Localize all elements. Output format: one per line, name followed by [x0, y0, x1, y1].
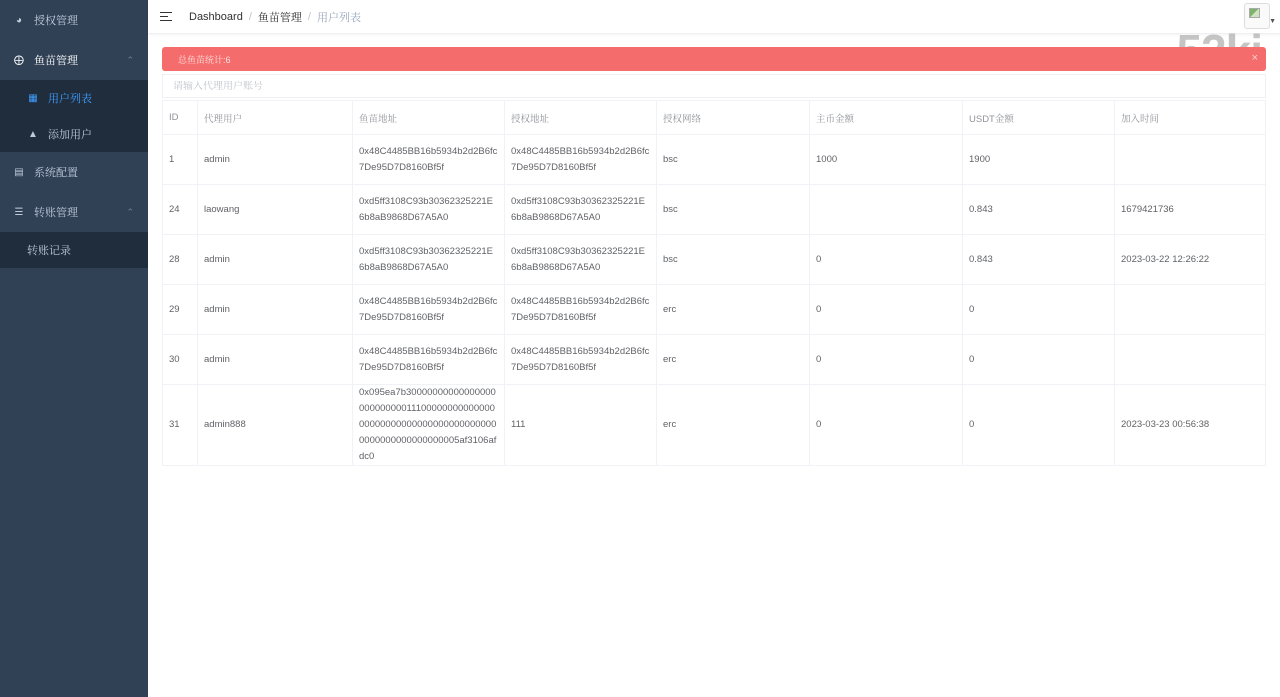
transfer-management-submenu: 转账记录: [0, 232, 148, 268]
agent-user-search-input[interactable]: [173, 81, 1265, 92]
dashboard-icon: ◕: [13, 14, 25, 26]
cell-id: 28: [163, 235, 198, 285]
breadcrumb-user-list: 用户列表: [317, 9, 361, 25]
cell-main-coin-amount: [810, 185, 963, 235]
cell-fish-address: 0xd5ff3108C93b30362325221E6b8aB9868D67A5…: [353, 235, 505, 285]
cell-main-coin-amount: 0: [810, 385, 963, 466]
table-row: 30admin0x48C4485BB16b5934b2d2B6fc7De95D7…: [163, 335, 1266, 385]
fish-management-submenu: ▦ 用户列表 ▲ 添加用户: [0, 80, 148, 152]
cell-join-time: [1115, 285, 1266, 335]
cell-id: 30: [163, 335, 198, 385]
cell-auth-address: 0x48C4485BB16b5934b2d2B6fc7De95D7D8160Bf…: [505, 335, 657, 385]
table-row: 31admin8880x095ea7b300000000000000000000…: [163, 385, 1266, 466]
chevron-up-icon: ⌃: [126, 207, 134, 218]
cell-agent-user: admin: [198, 285, 353, 335]
cell-id: 24: [163, 185, 198, 235]
doc-icon: ▤: [13, 166, 25, 178]
cell-usdt-amount: 0: [963, 335, 1115, 385]
sidebar: ◕ 授权管理 ⨁ 鱼苗管理 ⌃ ▦ 用户列表 ▲ 添加用户 ▤ 系统配置 ☰ 转…: [0, 0, 148, 697]
navbar: Dashboard / 鱼苗管理 / 用户列表 ▼: [148, 0, 1280, 34]
plus-circle-icon: ⨁: [13, 54, 25, 66]
cell-auth-network: erc: [657, 335, 810, 385]
cell-usdt-amount: 0.843: [963, 235, 1115, 285]
sidebar-item-transfer-records[interactable]: 转账记录: [0, 232, 148, 268]
header-auth-address: 授权地址: [505, 101, 657, 135]
cell-fish-address: 0xd5ff3108C93b30362325221E6b8aB9868D67A5…: [353, 185, 505, 235]
cell-id: 29: [163, 285, 198, 335]
hamburger-icon[interactable]: [160, 12, 172, 22]
sidebar-item-label: 授权管理: [34, 12, 78, 28]
sidebar-item-label: 转账记录: [27, 242, 71, 258]
sidebar-item-label: 添加用户: [48, 126, 92, 142]
cell-id: 1: [163, 135, 198, 185]
cell-auth-address: 111: [505, 385, 657, 466]
cell-main-coin-amount: 0: [810, 235, 963, 285]
cell-join-time: 2023-03-23 00:56:38: [1115, 385, 1266, 466]
cell-auth-address: 0xd5ff3108C93b30362325221E6b8aB9868D67A5…: [505, 235, 657, 285]
cell-fish-address: 0x095ea7b3000000000000000000000000011100…: [353, 385, 505, 466]
table-icon: ▦: [27, 92, 39, 104]
cell-agent-user: admin888: [198, 385, 353, 466]
cell-auth-address: 0x48C4485BB16b5934b2d2B6fc7De95D7D8160Bf…: [505, 135, 657, 185]
chevron-up-icon: ⌃: [126, 55, 134, 66]
sidebar-item-label: 转账管理: [34, 204, 78, 220]
header-main-coin-amount: 主币金额: [810, 101, 963, 135]
header-usdt-amount: USDT金额: [963, 101, 1115, 135]
caret-down-icon[interactable]: ▼: [1269, 18, 1276, 25]
sidebar-item-fish-management[interactable]: ⨁ 鱼苗管理 ⌃: [0, 40, 148, 80]
cell-main-coin-amount: 1000: [810, 135, 963, 185]
sidebar-item-auth-management[interactable]: ◕ 授权管理: [0, 0, 148, 40]
header-auth-network: 授权网络: [657, 101, 810, 135]
table-row: 29admin0x48C4485BB16b5934b2d2B6fc7De95D7…: [163, 285, 1266, 335]
cell-usdt-amount: 0: [963, 285, 1115, 335]
tree-icon: ▲: [27, 128, 39, 140]
cell-auth-address: 0xd5ff3108C93b30362325221E6b8aB9868D67A5…: [505, 185, 657, 235]
breadcrumb-separator: /: [249, 11, 252, 23]
cell-usdt-amount: 0.843: [963, 185, 1115, 235]
sidebar-item-label: 用户列表: [48, 90, 92, 106]
breadcrumb-fish-management[interactable]: 鱼苗管理: [258, 9, 302, 25]
cell-auth-network: bsc: [657, 135, 810, 185]
cell-main-coin-amount: 0: [810, 285, 963, 335]
cell-agent-user: admin: [198, 335, 353, 385]
cell-auth-network: erc: [657, 285, 810, 335]
table-row: 24laowang0xd5ff3108C93b30362325221E6b8aB…: [163, 185, 1266, 235]
cell-join-time: [1115, 335, 1266, 385]
total-fish-alert: 总鱼苗统计:6 ×: [162, 47, 1266, 71]
sidebar-item-label: 系统配置: [34, 164, 78, 180]
user-table: ID 代理用户 鱼苗地址 授权地址 授权网络 主币金额 USDT金额 加入时间 …: [162, 100, 1266, 466]
breadcrumb-separator: /: [308, 11, 311, 23]
table-body: 1admin0x48C4485BB16b5934b2d2B6fc7De95D7D…: [163, 135, 1266, 466]
breadcrumb-dashboard[interactable]: Dashboard: [189, 11, 243, 23]
main-content: Dashboard / 鱼苗管理 / 用户列表 ▼ 52ki 总鱼苗统计:6 ×: [148, 0, 1280, 697]
sidebar-item-user-list[interactable]: ▦ 用户列表: [0, 80, 148, 116]
cell-join-time: [1115, 135, 1266, 185]
header-fish-address: 鱼苗地址: [353, 101, 505, 135]
header-agent-user: 代理用户: [198, 101, 353, 135]
table-header-row: ID 代理用户 鱼苗地址 授权地址 授权网络 主币金额 USDT金额 加入时间: [163, 101, 1266, 135]
sidebar-item-transfer-management[interactable]: ☰ 转账管理 ⌃: [0, 192, 148, 232]
cell-join-time: 1679421736: [1115, 185, 1266, 235]
cell-usdt-amount: 0: [963, 385, 1115, 466]
cell-join-time: 2023-03-22 12:26:22: [1115, 235, 1266, 285]
table-row: 1admin0x48C4485BB16b5934b2d2B6fc7De95D7D…: [163, 135, 1266, 185]
header-id: ID: [163, 101, 198, 135]
cell-fish-address: 0x48C4485BB16b5934b2d2B6fc7De95D7D8160Bf…: [353, 335, 505, 385]
cell-auth-network: bsc: [657, 185, 810, 235]
cell-agent-user: admin: [198, 135, 353, 185]
cell-agent-user: laowang: [198, 185, 353, 235]
cell-agent-user: admin: [198, 235, 353, 285]
cell-fish-address: 0x48C4485BB16b5934b2d2B6fc7De95D7D8160Bf…: [353, 135, 505, 185]
cell-fish-address: 0x48C4485BB16b5934b2d2B6fc7De95D7D8160Bf…: [353, 285, 505, 335]
list-icon: ☰: [13, 206, 25, 218]
cell-usdt-amount: 1900: [963, 135, 1115, 185]
close-icon[interactable]: ×: [1252, 52, 1258, 64]
breadcrumb: Dashboard / 鱼苗管理 / 用户列表: [189, 9, 361, 25]
search-box: [162, 74, 1266, 98]
sidebar-item-system-config[interactable]: ▤ 系统配置: [0, 152, 148, 192]
sidebar-item-add-user[interactable]: ▲ 添加用户: [0, 116, 148, 152]
sidebar-item-label: 鱼苗管理: [34, 52, 78, 68]
header-join-time: 加入时间: [1115, 101, 1266, 135]
cell-auth-network: bsc: [657, 235, 810, 285]
alert-text: 总鱼苗统计:6: [178, 53, 231, 66]
cell-main-coin-amount: 0: [810, 335, 963, 385]
cell-auth-address: 0x48C4485BB16b5934b2d2B6fc7De95D7D8160Bf…: [505, 285, 657, 335]
cell-id: 31: [163, 385, 198, 466]
cell-auth-network: erc: [657, 385, 810, 466]
table-row: 28admin0xd5ff3108C93b30362325221E6b8aB98…: [163, 235, 1266, 285]
